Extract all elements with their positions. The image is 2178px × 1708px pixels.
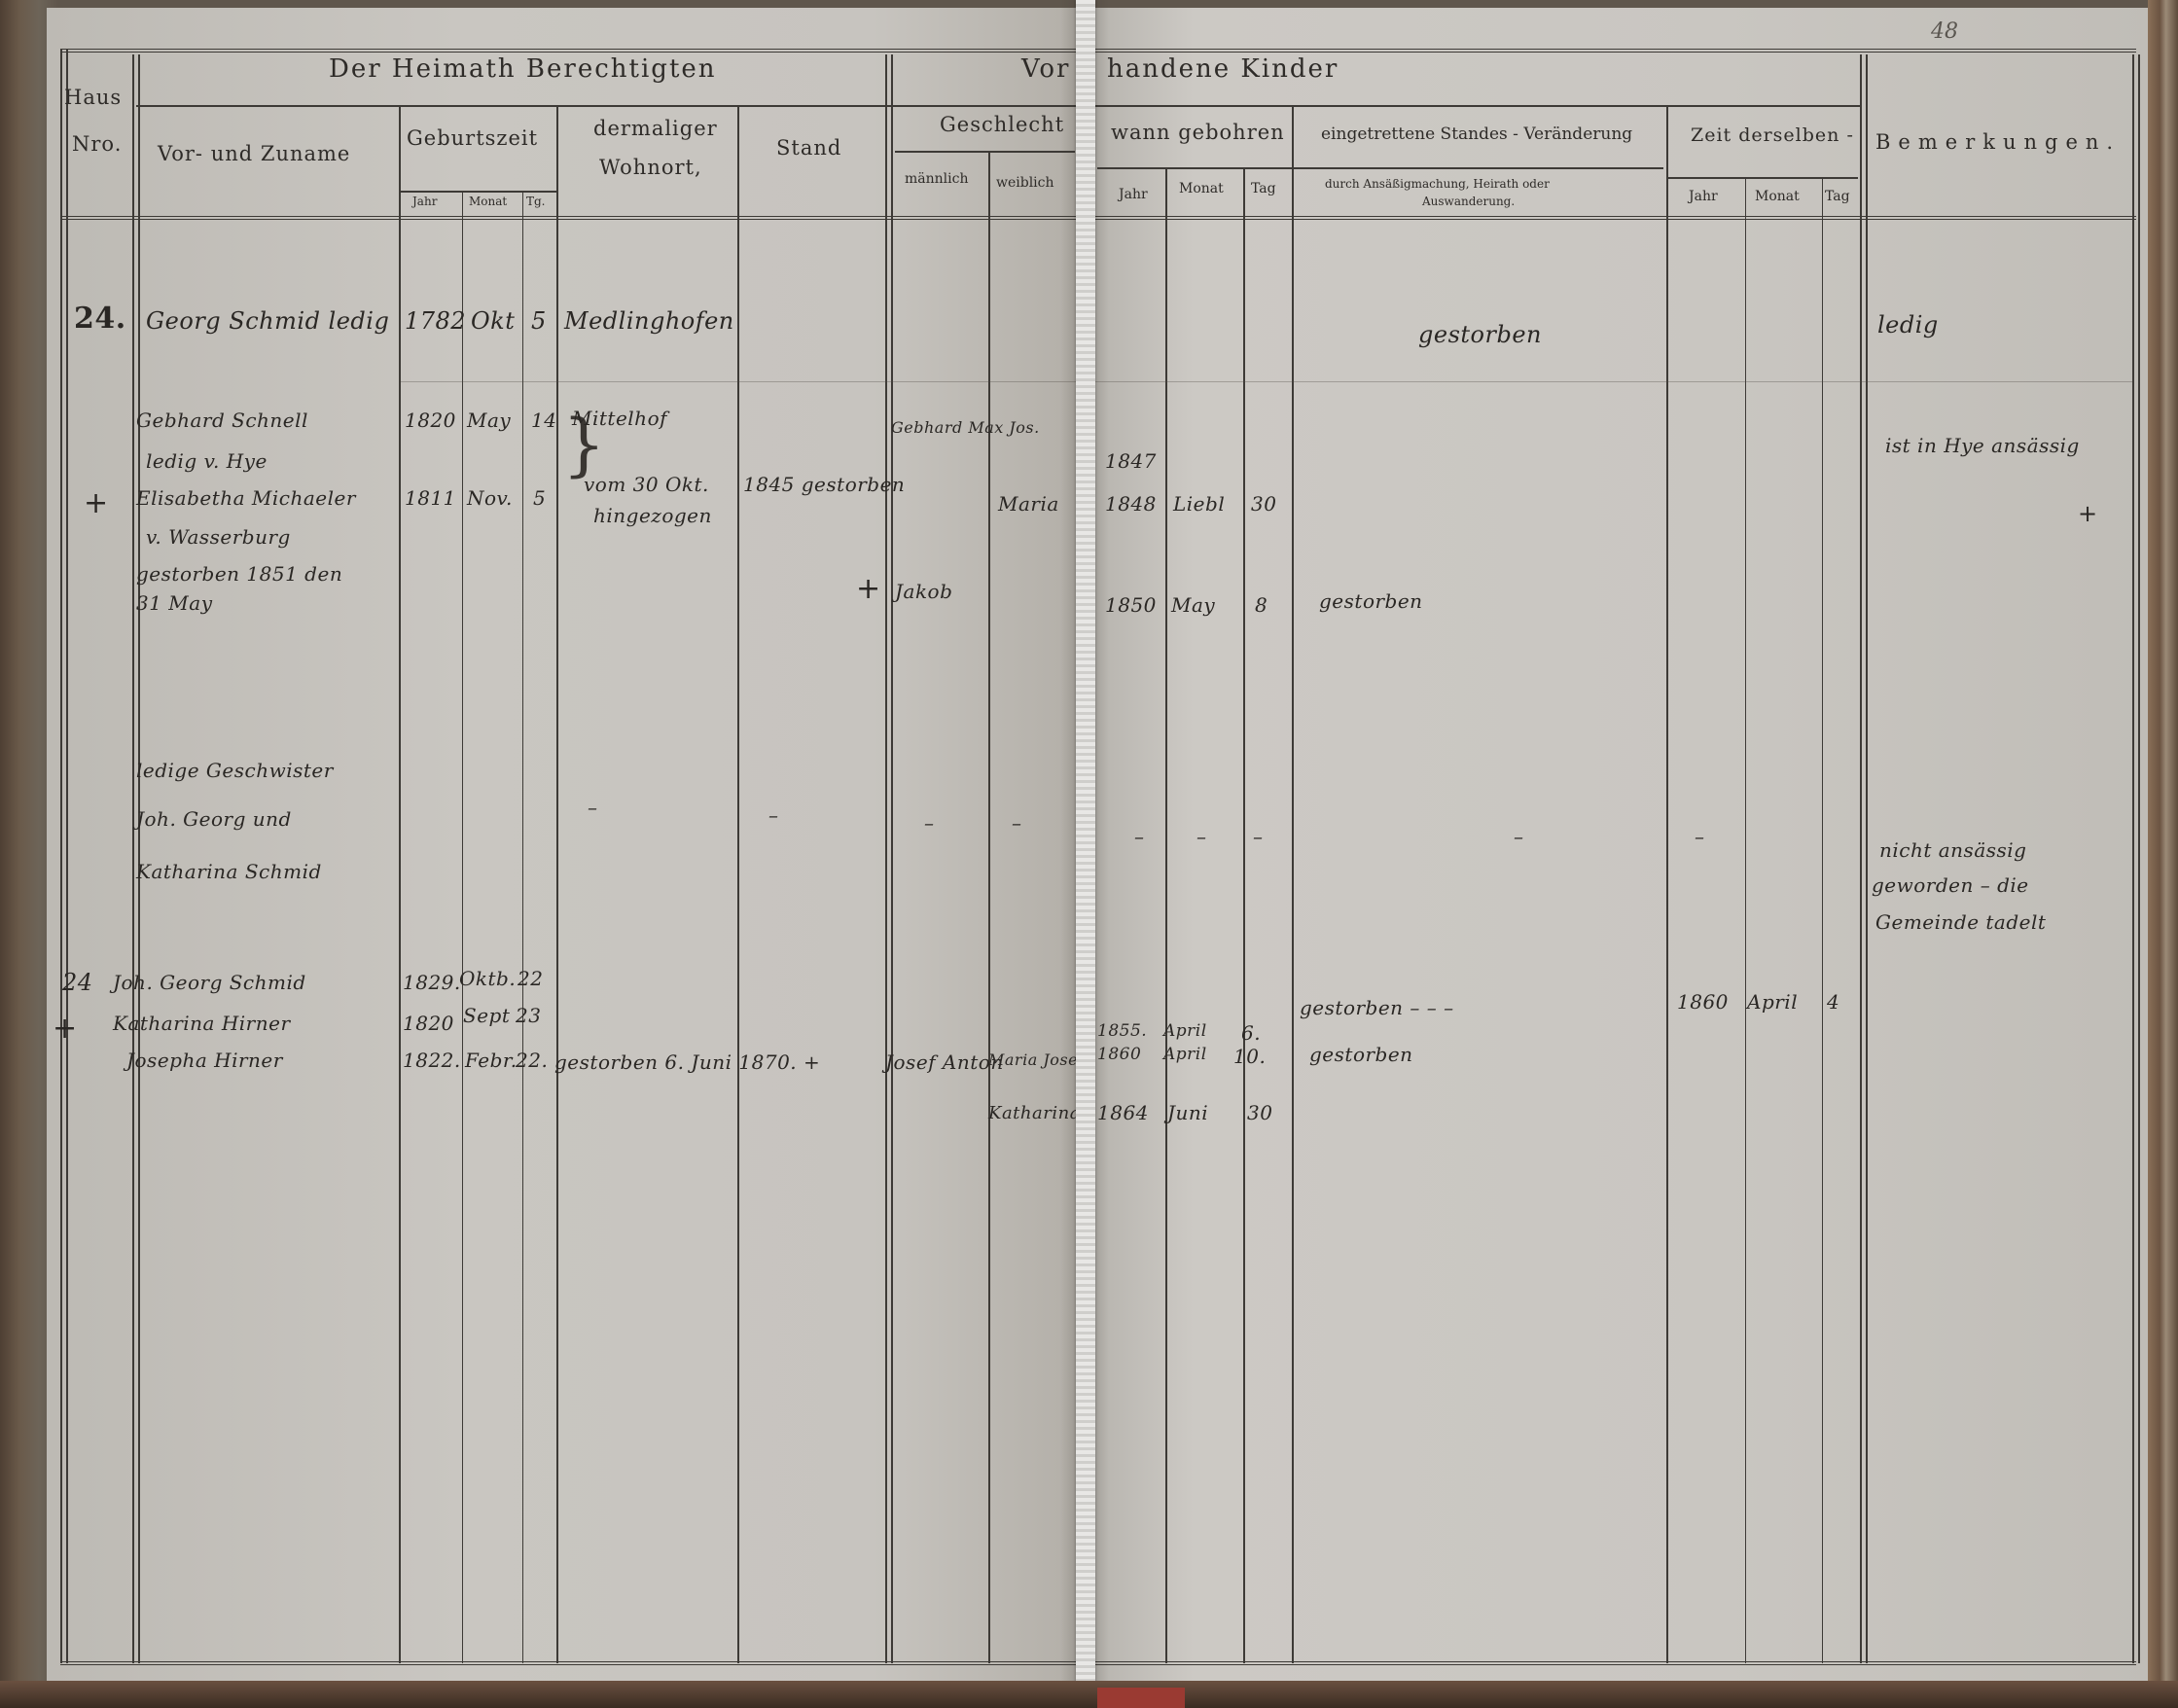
entry4-child3-jahr: 1864: [1097, 1101, 1149, 1124]
header-geburtszeit: Geburtszeit: [407, 126, 538, 150]
entry3-dash-3: –: [924, 811, 935, 835]
veraenderung-divider: [1666, 105, 1668, 1663]
kind-jahr-divider: [1165, 167, 1167, 1663]
entry3-bemerkungen-2: geworden – die: [1872, 873, 2029, 897]
geb-monat-divider: [522, 191, 523, 1663]
zeit-monat-divider: [1822, 177, 1823, 1663]
entry4-child2-monat: April: [1163, 1045, 1207, 1064]
entry2-name-line5: gestorben 1851 den: [136, 562, 342, 586]
entry2-name-line3: Elisabetha Michaeler: [136, 486, 356, 510]
header-zeit-monat: Monat: [1755, 189, 1800, 204]
title-rule-left: [136, 105, 1077, 107]
entry3-bemerkungen-1: nicht ansässig: [1879, 838, 2026, 862]
header-title-vor: Vor: [1021, 54, 1070, 84]
header-kind-tag: Tag: [1251, 181, 1276, 196]
entry1-geb-tag: 5: [531, 307, 547, 335]
entry4-geb-monat-1: Oktb.: [459, 967, 516, 990]
entry4-child1-veraenderung: gestorben – – –: [1300, 996, 1454, 1019]
entry3-dash-1: –: [588, 796, 598, 819]
entry1-bemerkungen: ledig: [1877, 311, 1939, 338]
entry3-dash-2: –: [768, 803, 779, 827]
entry3-name-line3: Katharina Schmid: [136, 860, 322, 883]
header-bottom-rule-left: [60, 216, 1077, 220]
entry2-wohnort-2: vom 30 Okt.: [584, 473, 709, 496]
entry2-name-line1: Gebhard Schnell: [136, 409, 308, 432]
header-wohnort-2: Wohnort,: [599, 156, 702, 179]
wann-gebohren-rule: [1097, 167, 1292, 169]
faint-row-line: [401, 381, 2132, 382]
entry2-wohnort-3: hingezogen: [593, 504, 712, 527]
name-divider: [399, 105, 401, 1663]
entry4-name-line1: Joh. Georg Schmid: [113, 971, 306, 994]
kind-tag-divider: [1292, 105, 1294, 1663]
geb-jahr-divider: [462, 191, 463, 1663]
entry4-geb-tag-3: 22.: [516, 1049, 548, 1072]
header-name: Vor- und Zuname: [158, 142, 350, 165]
entry2-name-line4: v. Wasserburg: [146, 525, 291, 549]
veraenderung-rule: [1294, 167, 1663, 169]
entry2-child3-maennlich: Jakob: [895, 580, 952, 603]
header-wann-gebohren: wann gebohren: [1111, 121, 1285, 144]
wohnort-divider: [737, 105, 739, 1663]
title-rule-right: [1095, 105, 1860, 107]
entry4-geb-tag-1: 22: [518, 967, 543, 990]
entry2-child2-tag: 30: [1251, 492, 1276, 516]
top-rule-left: [60, 49, 1077, 53]
entry2-name-line2: ledig v. Hye: [146, 449, 268, 473]
page-number: 48: [1931, 19, 1958, 44]
entry2-geb-jahr-2: 1811: [405, 486, 456, 510]
header-kind-monat: Monat: [1179, 181, 1224, 196]
entry3-name-line1: ledige Geschwister: [136, 759, 334, 782]
entry2-geb-jahr-1: 1820: [405, 409, 456, 432]
left-page: [47, 8, 1080, 1681]
entry2-name-line6: 31 May: [136, 591, 213, 615]
entry1-name: Georg Schmid ledig: [146, 307, 389, 335]
header-zeit-tag: Tag: [1825, 189, 1850, 204]
entry1-wohnort: Medlinghofen: [564, 307, 734, 335]
entry4-wohnort: gestorben 6. Juni 1870. +: [554, 1050, 820, 1074]
entry2-geb-tag-1: 14: [531, 409, 556, 432]
right-border: [2132, 54, 2140, 1663]
entry2-child3-cross-mark: +: [856, 572, 880, 606]
entry2-child1-jahr: 1847: [1105, 449, 1157, 473]
entry3-dash-8: –: [1514, 825, 1524, 848]
entry2-cross-mark: +: [84, 486, 108, 520]
stand-divider: [885, 54, 893, 1663]
entry4-child1-monat: April: [1163, 1021, 1207, 1041]
entry4-geb-jahr-3: 1822.: [403, 1049, 461, 1072]
entry2-bemerkungen: ist in Hye ansässig: [1885, 434, 2080, 457]
entry3-dash-7: –: [1253, 825, 1264, 848]
header-zeit-derselben: Zeit derselben -: [1691, 125, 1854, 146]
maennlich-divider: [988, 151, 990, 1663]
entry2-child1-name: Gebhard Max Jos.: [891, 418, 1040, 437]
entry2-child3-jahr: 1850: [1105, 593, 1157, 617]
entry4-geb-monat-2: Sept: [463, 1004, 510, 1027]
entry4-child2-veraenderung: gestorben: [1309, 1043, 1413, 1066]
entry2-child2-monat: Liebl: [1173, 492, 1225, 516]
kind-monat-divider: [1243, 167, 1245, 1663]
entry2-child3-monat: May: [1171, 593, 1215, 617]
header-geschlecht: Geschlecht: [940, 113, 1064, 136]
entry2-geb-monat-1: May: [467, 409, 511, 432]
entry4-child1-zeit-tag: 4: [1827, 990, 1839, 1014]
header-veraenderung: eingetrettene Standes - Veränderung: [1321, 125, 1632, 144]
header-bottom-rule-right: [1095, 216, 2136, 220]
header-title-left: Der Heimath Berechtigten: [329, 54, 717, 84]
entry4-name-line2: Katharina Hirner: [113, 1012, 291, 1035]
entry2-geb-tag-2: 5: [533, 486, 546, 510]
entry2-wohnort-1: Mittelhof: [572, 407, 667, 430]
header-geb-jahr: Jahr: [412, 195, 437, 208]
header-geb-monat: Monat: [469, 195, 507, 208]
header-nro: Nro.: [72, 132, 122, 156]
top-rule-right: [1095, 49, 2136, 53]
entry4-child1-zeit-jahr: 1860: [1677, 990, 1729, 1014]
haus-divider: [132, 54, 140, 1663]
entry3-dash-9: –: [1695, 825, 1705, 848]
entry1-geb-jahr: 1782: [405, 307, 466, 335]
header-bemerkungen: Bemerkungen.: [1875, 130, 2121, 154]
entry2-child3-veraenderung: gestorben: [1319, 589, 1423, 613]
entry2-geb-monat-2: Nov.: [467, 486, 513, 510]
header-weiblich: weiblich: [996, 175, 1054, 191]
book-bottom-edge: [0, 1681, 2178, 1708]
zeit-jahr-divider: [1745, 177, 1746, 1663]
bottom-rule-left: [60, 1661, 1077, 1665]
entry4-geb-monat-3: Febr.: [465, 1049, 518, 1072]
book-edge: [2148, 0, 2178, 1708]
entry3-dash-4: –: [1012, 811, 1022, 835]
entry1-geb-monat: Okt: [471, 307, 515, 335]
header-veraenderung-sub-2: Auswanderung.: [1422, 195, 1515, 208]
left-border: [60, 49, 68, 1663]
entry4-child1-jahr: 1855.: [1097, 1021, 1147, 1041]
entry4-haus-nro: 24: [62, 969, 93, 996]
entry4-geb-jahr-1: 1829.: [403, 971, 461, 994]
zeit-rule: [1668, 177, 1858, 179]
entry2-child3-tag: 8: [1255, 593, 1268, 617]
entry3-dash-6: –: [1196, 825, 1207, 848]
entry4-child1-zeit-monat: April: [1747, 990, 1798, 1014]
geschlecht-rule: [895, 151, 1075, 153]
entry4-stand: Josef Anton: [885, 1050, 1004, 1074]
entry4-child3-weiblich: Katharina: [988, 1103, 1081, 1123]
header-kind-jahr: Jahr: [1119, 187, 1148, 202]
header-haus: Haus: [64, 86, 122, 109]
entry2-child2-weiblich: Maria: [998, 492, 1059, 516]
entry3-name-line2: Joh. Georg und: [136, 807, 292, 831]
entry4-cross-mark: +: [53, 1012, 77, 1046]
entry2-bemerkungen-cross: +: [2078, 500, 2097, 527]
header-stand: Stand: [776, 136, 841, 160]
header-wohnort-1: dermaliger: [593, 117, 718, 140]
entry4-child2-tag: 10.: [1233, 1045, 1266, 1068]
bemerkungen-divider: [1860, 54, 1868, 1663]
entry3-dash-5: –: [1134, 825, 1145, 848]
entry4-geb-tag-2: 23: [516, 1004, 541, 1027]
header-veraenderung-sub-1: durch Ansäßigmachung, Heirath oder: [1325, 177, 1550, 191]
header-maennlich: männlich: [905, 171, 968, 187]
entry4-child1-tag: 6.: [1241, 1021, 1261, 1045]
entry4-child3-tag: 30: [1247, 1101, 1272, 1124]
entry4-child3-monat: Juni: [1167, 1101, 1208, 1124]
entry4-geb-jahr-2: 1820: [403, 1012, 454, 1035]
entry2-child2-jahr: 1848: [1105, 492, 1157, 516]
header-geb-tag: Tg.: [526, 195, 546, 208]
entry2-stand: 1845 gestorben: [743, 473, 905, 496]
entry1-haus-nro: 24.: [74, 302, 126, 336]
book-bottom-red-edge: [1097, 1688, 1185, 1708]
entry4-child2-jahr: 1860: [1097, 1045, 1141, 1064]
header-zeit-jahr: Jahr: [1689, 189, 1718, 204]
bottom-rule-right: [1095, 1661, 2136, 1665]
entry4-name-line3: Josepha Hirner: [126, 1049, 283, 1072]
bookmark-ribbon: [1076, 0, 1095, 1708]
entry1-veraenderung: gestorben: [1418, 321, 1542, 348]
geburtszeit-rule: [401, 191, 556, 193]
header-title-kinder: handene Kinder: [1107, 54, 1339, 84]
entry3-bemerkungen-3: Gemeinde tadelt: [1875, 910, 2046, 934]
geb-tag-divider: [556, 105, 558, 1663]
